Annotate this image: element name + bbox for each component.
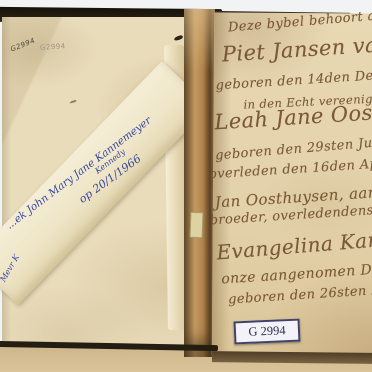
register-line: onze aangenomen D [221,262,372,287]
spine-sticker [190,212,204,238]
slip-corner-note: Mevr K [0,253,21,283]
register-line-name: Piet Jansen van [221,32,372,67]
pencil-mark: G2994 [9,36,36,53]
right-page: Deze bybel behoort aa Piet Jansen van ge… [212,12,372,356]
catalog-label: G 2994 [234,319,301,345]
register-line: Deze bybel behoort aa [227,8,372,35]
right-page-bottom-shadow [212,351,372,364]
book-spine [184,9,215,357]
bible-photo: G2994 G2994 ...ek John Mary Jane Kanneme… [0,0,372,372]
register-line-name: Evangelina Kanne [216,225,372,264]
pencil-mark-faint: G2994 [40,42,66,52]
catalog-label-text: G 2994 [248,323,286,340]
register-line: geboren den 14den Decemb [215,66,372,93]
